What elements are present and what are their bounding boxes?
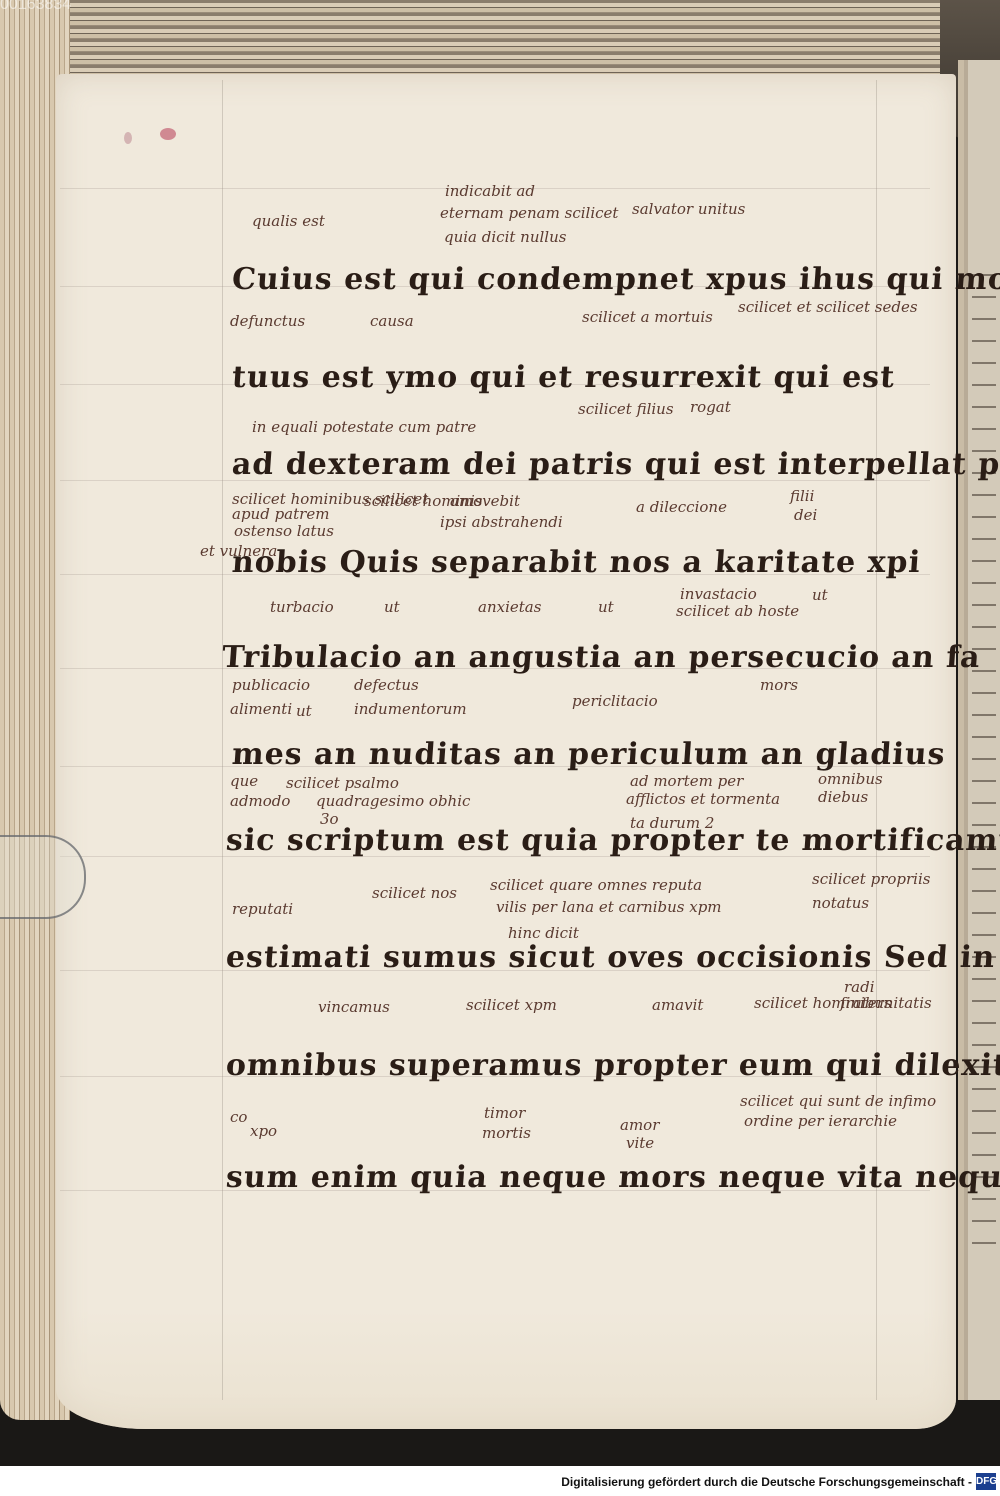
interlinear-gloss: causa: [370, 312, 414, 330]
interlinear-gloss: anxietas: [478, 598, 541, 616]
interlinear-gloss: ta durum 2: [630, 814, 714, 832]
manuscript-line: Tribulacio an angustia an persecucio an …: [221, 640, 982, 675]
interlinear-gloss: ad mortem per: [630, 772, 743, 790]
interlinear-gloss: admodo: [230, 792, 290, 810]
interlinear-gloss: scilicet xpm: [466, 996, 557, 1014]
interlinear-gloss: vincamus: [318, 998, 390, 1016]
interlinear-gloss: ordine per ierarchie: [744, 1112, 897, 1130]
page-clip: [0, 835, 86, 919]
facing-page-edge: [958, 60, 1000, 1400]
interlinear-gloss: 3o: [320, 810, 339, 828]
interlinear-gloss: salvator unitus: [632, 200, 745, 218]
interlinear-gloss: diebus: [818, 788, 868, 806]
interlinear-gloss: periclitacio: [572, 692, 658, 710]
interlinear-gloss: ut: [812, 586, 828, 604]
interlinear-gloss: scilicet qui sunt de infimo: [740, 1092, 936, 1110]
interlinear-gloss: ut: [384, 598, 400, 616]
dfg-credit-text: Digitalisierung gefördert durch die Deut…: [561, 1472, 972, 1492]
interlinear-gloss: filii: [790, 487, 814, 505]
interlinear-gloss: scilicet quare omnes reputa: [490, 876, 702, 894]
interlinear-gloss: publicacio: [232, 676, 310, 694]
interlinear-gloss: indicabit ad: [445, 182, 535, 200]
interlinear-gloss: timor: [484, 1104, 525, 1122]
manuscript-line: mes an nuditas an periculum an gladius: [231, 737, 947, 772]
interlinear-gloss: apud patrem: [232, 505, 329, 523]
interlinear-gloss: co: [230, 1108, 247, 1126]
dfg-logo: DFG: [976, 1473, 996, 1490]
interlinear-gloss: scilicet nos: [372, 884, 457, 902]
manuscript-line: estimati sumus sicut oves occisionis Sed…: [225, 940, 1000, 975]
facing-page-text: [972, 260, 996, 1260]
interlinear-gloss: scilicet ab hoste: [676, 602, 799, 620]
interlinear-gloss: et vulnera: [200, 542, 277, 560]
interlinear-gloss: fraternitatis: [840, 994, 932, 1012]
interlinear-gloss: quadragesimo obhic: [316, 792, 470, 810]
interlinear-gloss: scilicet filius: [578, 400, 674, 418]
shelfmark-number: 00163834: [0, 0, 71, 14]
interlinear-gloss: ut: [296, 702, 312, 720]
interlinear-gloss: invastacio: [680, 585, 757, 603]
interlinear-gloss: quia dicit nullus: [444, 228, 566, 246]
interlinear-gloss: defunctus: [230, 312, 305, 330]
interlinear-gloss: que: [230, 772, 258, 790]
interlinear-gloss: turbacio: [270, 598, 334, 616]
interlinear-gloss: indumentorum: [354, 700, 467, 718]
interlinear-gloss: scilicet et scilicet sedes: [738, 298, 918, 316]
interlinear-gloss: qualis est: [252, 212, 325, 230]
interlinear-gloss: ut: [598, 598, 614, 616]
red-ink-stain: [160, 128, 176, 140]
interlinear-gloss: eternam penam scilicet: [440, 204, 618, 222]
interlinear-gloss: amovebit: [450, 492, 520, 510]
interlinear-gloss: afflictos et tormenta: [626, 790, 780, 808]
manuscript-line: sic scriptum est quia propter te mortifi…: [225, 823, 1000, 858]
manuscript-line: nobis Quis separabit nos a karitate xpi: [231, 545, 922, 580]
manuscript-line: sum enim quia neque mors neque vita nequ…: [225, 1160, 1000, 1195]
interlinear-gloss: defectus: [354, 676, 419, 694]
manuscript-line: ad dexteram dei patris qui est interpell…: [231, 447, 1000, 482]
manuscript-line: tuus est ymo qui et resurrexit qui est: [231, 360, 897, 395]
interlinear-gloss: in equali potestate cum patre: [252, 418, 476, 436]
interlinear-gloss: scilicet psalmo: [286, 774, 399, 792]
interlinear-gloss: scilicet a mortuis: [582, 308, 713, 326]
interlinear-gloss: amor: [620, 1116, 659, 1134]
interlinear-gloss: mortis: [482, 1124, 531, 1142]
manuscript-line: omnibus superamus propter eum qui dilexi…: [225, 1048, 1000, 1083]
interlinear-gloss: notatus: [812, 894, 869, 912]
interlinear-gloss: scilicet propriis: [812, 870, 930, 888]
red-ink-stain: [124, 132, 132, 144]
interlinear-gloss: alimenti: [230, 700, 292, 718]
interlinear-gloss: dei: [794, 506, 817, 524]
interlinear-gloss: reputati: [232, 900, 293, 918]
interlinear-gloss: ostenso latus: [234, 522, 334, 540]
interlinear-gloss: hinc dicit: [508, 924, 579, 942]
manuscript-scan: 00163834 Cuius est qui condempnet xpus i…: [0, 0, 1000, 1466]
interlinear-gloss: ipsi abstrahendi: [440, 513, 563, 531]
interlinear-gloss: vilis per lana et carnibus xpm: [496, 898, 722, 916]
manuscript-line: Cuius est qui condempnet xpus ihus qui m…: [231, 262, 1000, 297]
interlinear-gloss: omnibus: [818, 770, 883, 788]
interlinear-gloss: rogat: [690, 398, 731, 416]
interlinear-gloss: amavit: [652, 996, 703, 1014]
interlinear-gloss: a dileccione: [636, 498, 727, 516]
interlinear-gloss: xpo: [250, 1122, 277, 1140]
interlinear-gloss: vite: [626, 1134, 654, 1152]
interlinear-gloss: mors: [760, 676, 798, 694]
margin-rule-left: [222, 80, 223, 1400]
